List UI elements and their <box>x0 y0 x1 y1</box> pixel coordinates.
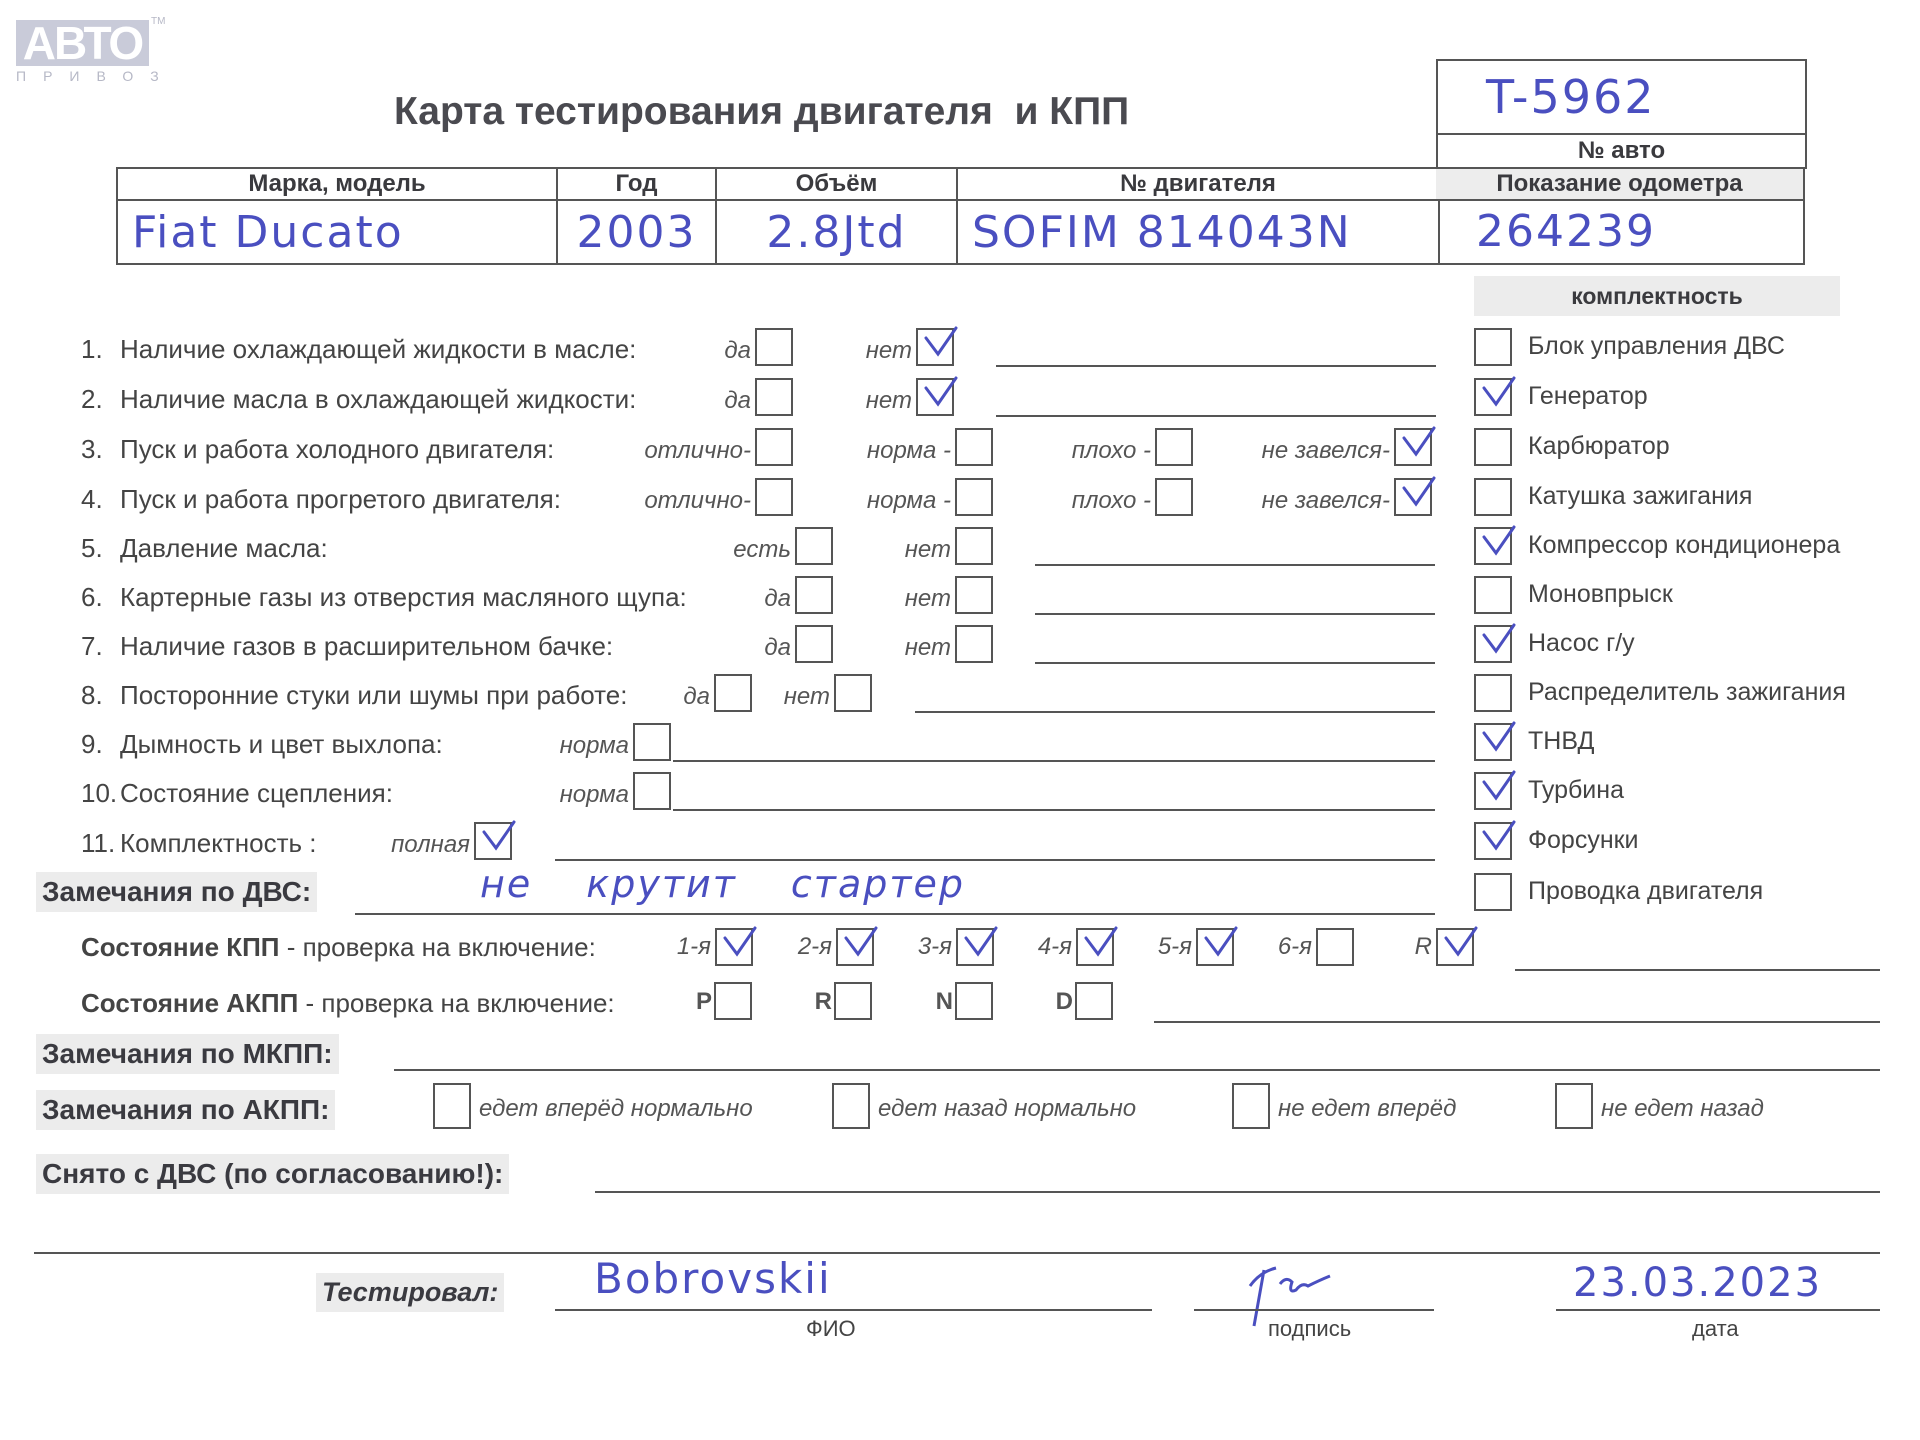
auto-number-label: № авто <box>1438 135 1805 167</box>
remarks-dvs-input[interactable]: не крутит стартер <box>480 862 965 906</box>
col-header-odometer: Показание одометра <box>1436 169 1803 201</box>
question-text: Давление масла: <box>120 533 328 564</box>
checkmark-icon <box>1478 521 1516 561</box>
footer-divider <box>34 1252 1880 1254</box>
akpp-remark-checkbox[interactable] <box>1555 1083 1593 1129</box>
col-header-year: Год <box>557 168 716 200</box>
question-3-option-checkbox[interactable] <box>755 428 793 466</box>
akpp-mode-checkbox[interactable] <box>714 982 752 1020</box>
question-7-option-checkbox[interactable] <box>795 625 833 663</box>
akpp-remark-checkbox[interactable] <box>832 1083 870 1129</box>
date-caption: дата <box>1692 1316 1739 1342</box>
option-label: да <box>724 387 751 415</box>
col-header-volume: Объём <box>716 168 957 200</box>
question-3-option-checkbox[interactable] <box>1394 428 1432 466</box>
akpp-remark-label: не едет вперёд <box>1278 1095 1456 1123</box>
checkmark-icon <box>920 322 958 362</box>
question-text: Посторонние стуки или шумы при работе: <box>120 680 627 711</box>
signature-caption: подпись <box>1268 1316 1351 1342</box>
question-6-notes-line[interactable] <box>1035 613 1435 615</box>
kpp-label-bold: Состояние КПП <box>81 932 280 962</box>
option-label: плохо - <box>1072 487 1151 515</box>
question-1-notes-line[interactable] <box>996 365 1436 367</box>
komplektnost-checkbox[interactable] <box>1474 328 1512 366</box>
gear-label: 6-я <box>1278 933 1312 961</box>
question-11-notes-line[interactable] <box>555 859 1435 861</box>
komplektnost-checkbox[interactable] <box>1474 576 1512 614</box>
kpp-label-rest: - проверка на включение: <box>280 932 596 962</box>
logo-subtitle: ПРИВОЗ <box>16 68 176 84</box>
logo-tm: TM <box>151 16 165 27</box>
checkmark-icon <box>1440 922 1478 962</box>
question-number: 8. <box>81 680 103 711</box>
akpp-remark-label: едет назад нормально <box>878 1095 1136 1123</box>
option-label: отлично- <box>644 487 751 515</box>
auto-number-value[interactable]: T-5962 <box>1438 61 1805 135</box>
gear-label: 5-я <box>1158 933 1192 961</box>
komplektnost-item-label: Компрессор кондиционера <box>1528 531 1840 560</box>
gear-label: 3-я <box>918 933 952 961</box>
kpp-line <box>1515 969 1880 971</box>
komplektnost-checkbox[interactable] <box>1474 527 1512 565</box>
question-9-option-checkbox[interactable] <box>633 723 671 761</box>
question-5-notes-line[interactable] <box>1035 564 1435 566</box>
question-text: Пуск и работа холодного двигателя: <box>120 434 554 465</box>
odometer-value[interactable]: 264239 <box>1436 201 1803 263</box>
question-text: Состояние сцепления: <box>120 778 393 809</box>
question-3-option-checkbox[interactable] <box>955 428 993 466</box>
checkmark-icon <box>1200 922 1238 962</box>
question-8-option-checkbox[interactable] <box>714 674 752 712</box>
question-2-notes-line[interactable] <box>996 415 1436 417</box>
question-4-option-checkbox[interactable] <box>755 478 793 516</box>
engine-number-value[interactable]: SOFIM 814043N <box>957 200 1439 264</box>
komplektnost-item-label: Генератор <box>1528 382 1648 411</box>
option-label: есть <box>733 536 791 564</box>
gear-label: 2-я <box>798 933 832 961</box>
remarks-dvs-line <box>355 913 1435 915</box>
vehicle-info-table: Марка, модель Год Объём № двигателя Fiat… <box>116 167 1440 265</box>
question-11-option-checkbox[interactable] <box>474 822 512 860</box>
komplektnost-checkbox[interactable] <box>1474 378 1512 416</box>
option-label: норма - <box>867 437 951 465</box>
question-6-option-checkbox[interactable] <box>795 576 833 614</box>
checkmark-icon <box>1398 472 1436 512</box>
akpp-mode-label: D <box>1056 988 1073 1016</box>
checkmark-icon <box>1478 717 1516 757</box>
question-6-option-checkbox[interactable] <box>955 576 993 614</box>
question-4-option-checkbox[interactable] <box>1394 478 1432 516</box>
question-text: Дымность и цвет выхлопа: <box>120 729 443 760</box>
akpp-label: Состояние АКПП - проверка на включение: <box>81 988 615 1019</box>
auto-number-box: T-5962 № авто <box>1436 59 1807 169</box>
question-10-notes-line[interactable] <box>673 809 1435 811</box>
akpp-remark-checkbox[interactable] <box>1232 1083 1270 1129</box>
date-line <box>1556 1309 1880 1311</box>
akpp-mode-label: N <box>936 988 953 1016</box>
komplektnost-item-label: ТНВД <box>1528 727 1594 756</box>
col-header-engine-no: № двигателя <box>957 168 1439 200</box>
option-label: не завелся- <box>1262 487 1390 515</box>
akpp-mode-label: P <box>696 988 712 1016</box>
question-7-notes-line[interactable] <box>1035 662 1435 664</box>
question-1-option-checkbox[interactable] <box>916 328 954 366</box>
komplektnost-header: комплектность <box>1474 276 1840 316</box>
signature-line <box>1194 1309 1434 1311</box>
gear-checkbox[interactable] <box>836 928 874 966</box>
tested-by-label: Тестировал: <box>316 1273 504 1312</box>
date-value[interactable]: 23.03.2023 <box>1573 1260 1822 1306</box>
name-line <box>555 1309 1152 1311</box>
logo: АВТО TM ПРИВОЗ <box>16 20 176 84</box>
gear-checkbox[interactable] <box>956 928 994 966</box>
page-title: Карта тестирования двигателя и КПП <box>394 90 1129 134</box>
komplektnost-checkbox[interactable] <box>1474 478 1512 516</box>
model-value[interactable]: Fiat Ducato <box>117 200 557 264</box>
question-number: 4. <box>81 484 103 515</box>
option-label: нет <box>905 536 951 564</box>
question-4-option-checkbox[interactable] <box>1155 478 1193 516</box>
option-label: норма - <box>867 487 951 515</box>
checkmark-icon <box>1478 816 1516 856</box>
year-value[interactable]: 2003 <box>557 200 716 264</box>
question-8-notes-line[interactable] <box>915 711 1435 713</box>
question-2-option-checkbox[interactable] <box>916 378 954 416</box>
akpp-mode-checkbox[interactable] <box>955 982 993 1020</box>
gear-label: R <box>1415 933 1432 961</box>
question-text: Пуск и работа прогретого двигателя: <box>120 484 561 515</box>
option-label: нет <box>866 387 912 415</box>
option-label: нет <box>784 683 830 711</box>
akpp-remark-checkbox[interactable] <box>433 1083 471 1129</box>
question-text: Картерные газы из отверстия масляного щу… <box>120 582 687 613</box>
kpp-label: Состояние КПП - проверка на включение: <box>81 932 596 963</box>
question-3-option-checkbox[interactable] <box>1155 428 1193 466</box>
gear-checkbox[interactable] <box>715 928 753 966</box>
akpp-line <box>1154 1021 1880 1023</box>
option-label: норма <box>560 781 629 809</box>
question-text: Наличие охлаждающей жидкости в масле: <box>120 334 636 365</box>
question-number: 2. <box>81 384 103 415</box>
checkmark-icon <box>1398 422 1436 462</box>
checkmark-icon <box>1478 766 1516 806</box>
checkmark-icon <box>1080 922 1118 962</box>
komplektnost-checkbox[interactable] <box>1474 428 1512 466</box>
logo-brand: АВТО <box>16 20 149 66</box>
option-label: да <box>724 337 751 365</box>
question-number: 9. <box>81 729 103 760</box>
question-number: 10. <box>81 778 117 809</box>
checkmark-icon <box>920 372 958 412</box>
checkmark-icon <box>478 816 516 856</box>
akpp-mode-checkbox[interactable] <box>834 982 872 1020</box>
question-7-option-checkbox[interactable] <box>955 625 993 663</box>
question-5-option-checkbox[interactable] <box>955 527 993 565</box>
option-label: плохо - <box>1072 437 1151 465</box>
option-label: норма <box>560 732 629 760</box>
akpp-remark-label: едет вперёд нормально <box>479 1095 753 1123</box>
akpp-mode-label: R <box>815 988 832 1016</box>
checkmark-icon <box>1478 619 1516 659</box>
komplektnost-checkbox[interactable] <box>1474 772 1512 810</box>
komplektnost-checkbox[interactable] <box>1474 625 1512 663</box>
komplektnost-item-label: Блок управления ДВС <box>1528 332 1785 361</box>
option-label: не завелся- <box>1262 437 1390 465</box>
gear-label: 1-я <box>677 933 711 961</box>
question-4-option-checkbox[interactable] <box>955 478 993 516</box>
name-caption: ФИО <box>806 1316 856 1342</box>
option-label: отлично- <box>644 437 751 465</box>
odometer-box: Показание одометра 264239 <box>1436 167 1805 265</box>
komplektnost-item-label: Турбина <box>1528 776 1624 805</box>
question-number: 1. <box>81 334 103 365</box>
question-text: Наличие масла в охлаждающей жидкости: <box>120 384 636 415</box>
komplektnost-item-label: Насос г/у <box>1528 629 1635 658</box>
komplektnost-item-label: Катушка зажигания <box>1528 482 1752 511</box>
gear-checkbox[interactable] <box>1316 928 1354 966</box>
akpp-label-rest: - проверка на включение: <box>298 988 614 1018</box>
gear-label: 4-я <box>1038 933 1072 961</box>
gear-checkbox[interactable] <box>1436 928 1474 966</box>
question-number: 3. <box>81 434 103 465</box>
option-label: нет <box>866 337 912 365</box>
question-2-option-checkbox[interactable] <box>755 378 793 416</box>
remarks-mkpp-input[interactable] <box>394 1069 1880 1071</box>
option-label: нет <box>905 634 951 662</box>
komplektnost-item-label: Моновпрыск <box>1528 580 1673 609</box>
tester-name[interactable]: Bobrovskii <box>594 1254 832 1303</box>
komplektnost-item-label: Карбюратор <box>1528 432 1670 461</box>
komplektnost-item-label: Распределитель зажигания <box>1528 678 1846 707</box>
remarks-dvs-label: Замечания по ДВС: <box>36 872 317 912</box>
question-number: 5. <box>81 533 103 564</box>
volume-value[interactable]: 2.8Jtd <box>716 200 957 264</box>
akpp-label-bold: Состояние АКПП <box>81 988 298 1018</box>
removed-label: Снято с ДВС (по согласованию!): <box>36 1154 509 1194</box>
gear-checkbox[interactable] <box>1076 928 1114 966</box>
option-label: да <box>764 634 791 662</box>
option-label: нет <box>905 585 951 613</box>
gear-checkbox[interactable] <box>1196 928 1234 966</box>
question-text: Наличие газов в расширительном бачке: <box>120 631 613 662</box>
remarks-akpp-label: Замечания по АКПП: <box>36 1090 335 1130</box>
question-number: 11. <box>81 828 115 859</box>
question-5-option-checkbox[interactable] <box>795 527 833 565</box>
question-9-notes-line[interactable] <box>673 760 1435 762</box>
question-1-option-checkbox[interactable] <box>755 328 793 366</box>
remarks-mkpp-label: Замечания по МКПП: <box>36 1034 339 1074</box>
question-10-option-checkbox[interactable] <box>633 772 671 810</box>
removed-input[interactable] <box>595 1191 1880 1193</box>
komplektnost-checkbox[interactable] <box>1474 674 1512 712</box>
option-label: да <box>683 683 710 711</box>
option-label: полная <box>391 831 470 859</box>
komplektnost-checkbox[interactable] <box>1474 723 1512 761</box>
question-text: Комплектность : <box>120 828 317 859</box>
question-number: 6. <box>81 582 103 613</box>
akpp-remark-label: не едет назад <box>1601 1095 1764 1123</box>
komplektnost-checkbox[interactable] <box>1474 873 1512 911</box>
checkmark-icon <box>840 922 878 962</box>
akpp-mode-checkbox[interactable] <box>1075 982 1113 1020</box>
komplektnost-item-label: Проводка двигателя <box>1528 877 1763 906</box>
komplektnost-checkbox[interactable] <box>1474 822 1512 860</box>
checkmark-icon <box>960 922 998 962</box>
checkmark-icon <box>1478 372 1516 412</box>
question-8-option-checkbox[interactable] <box>834 674 872 712</box>
col-header-model: Марка, модель <box>117 168 557 200</box>
option-label: да <box>764 585 791 613</box>
question-number: 7. <box>81 631 103 662</box>
checkmark-icon <box>719 922 757 962</box>
komplektnost-item-label: Форсунки <box>1528 826 1639 855</box>
